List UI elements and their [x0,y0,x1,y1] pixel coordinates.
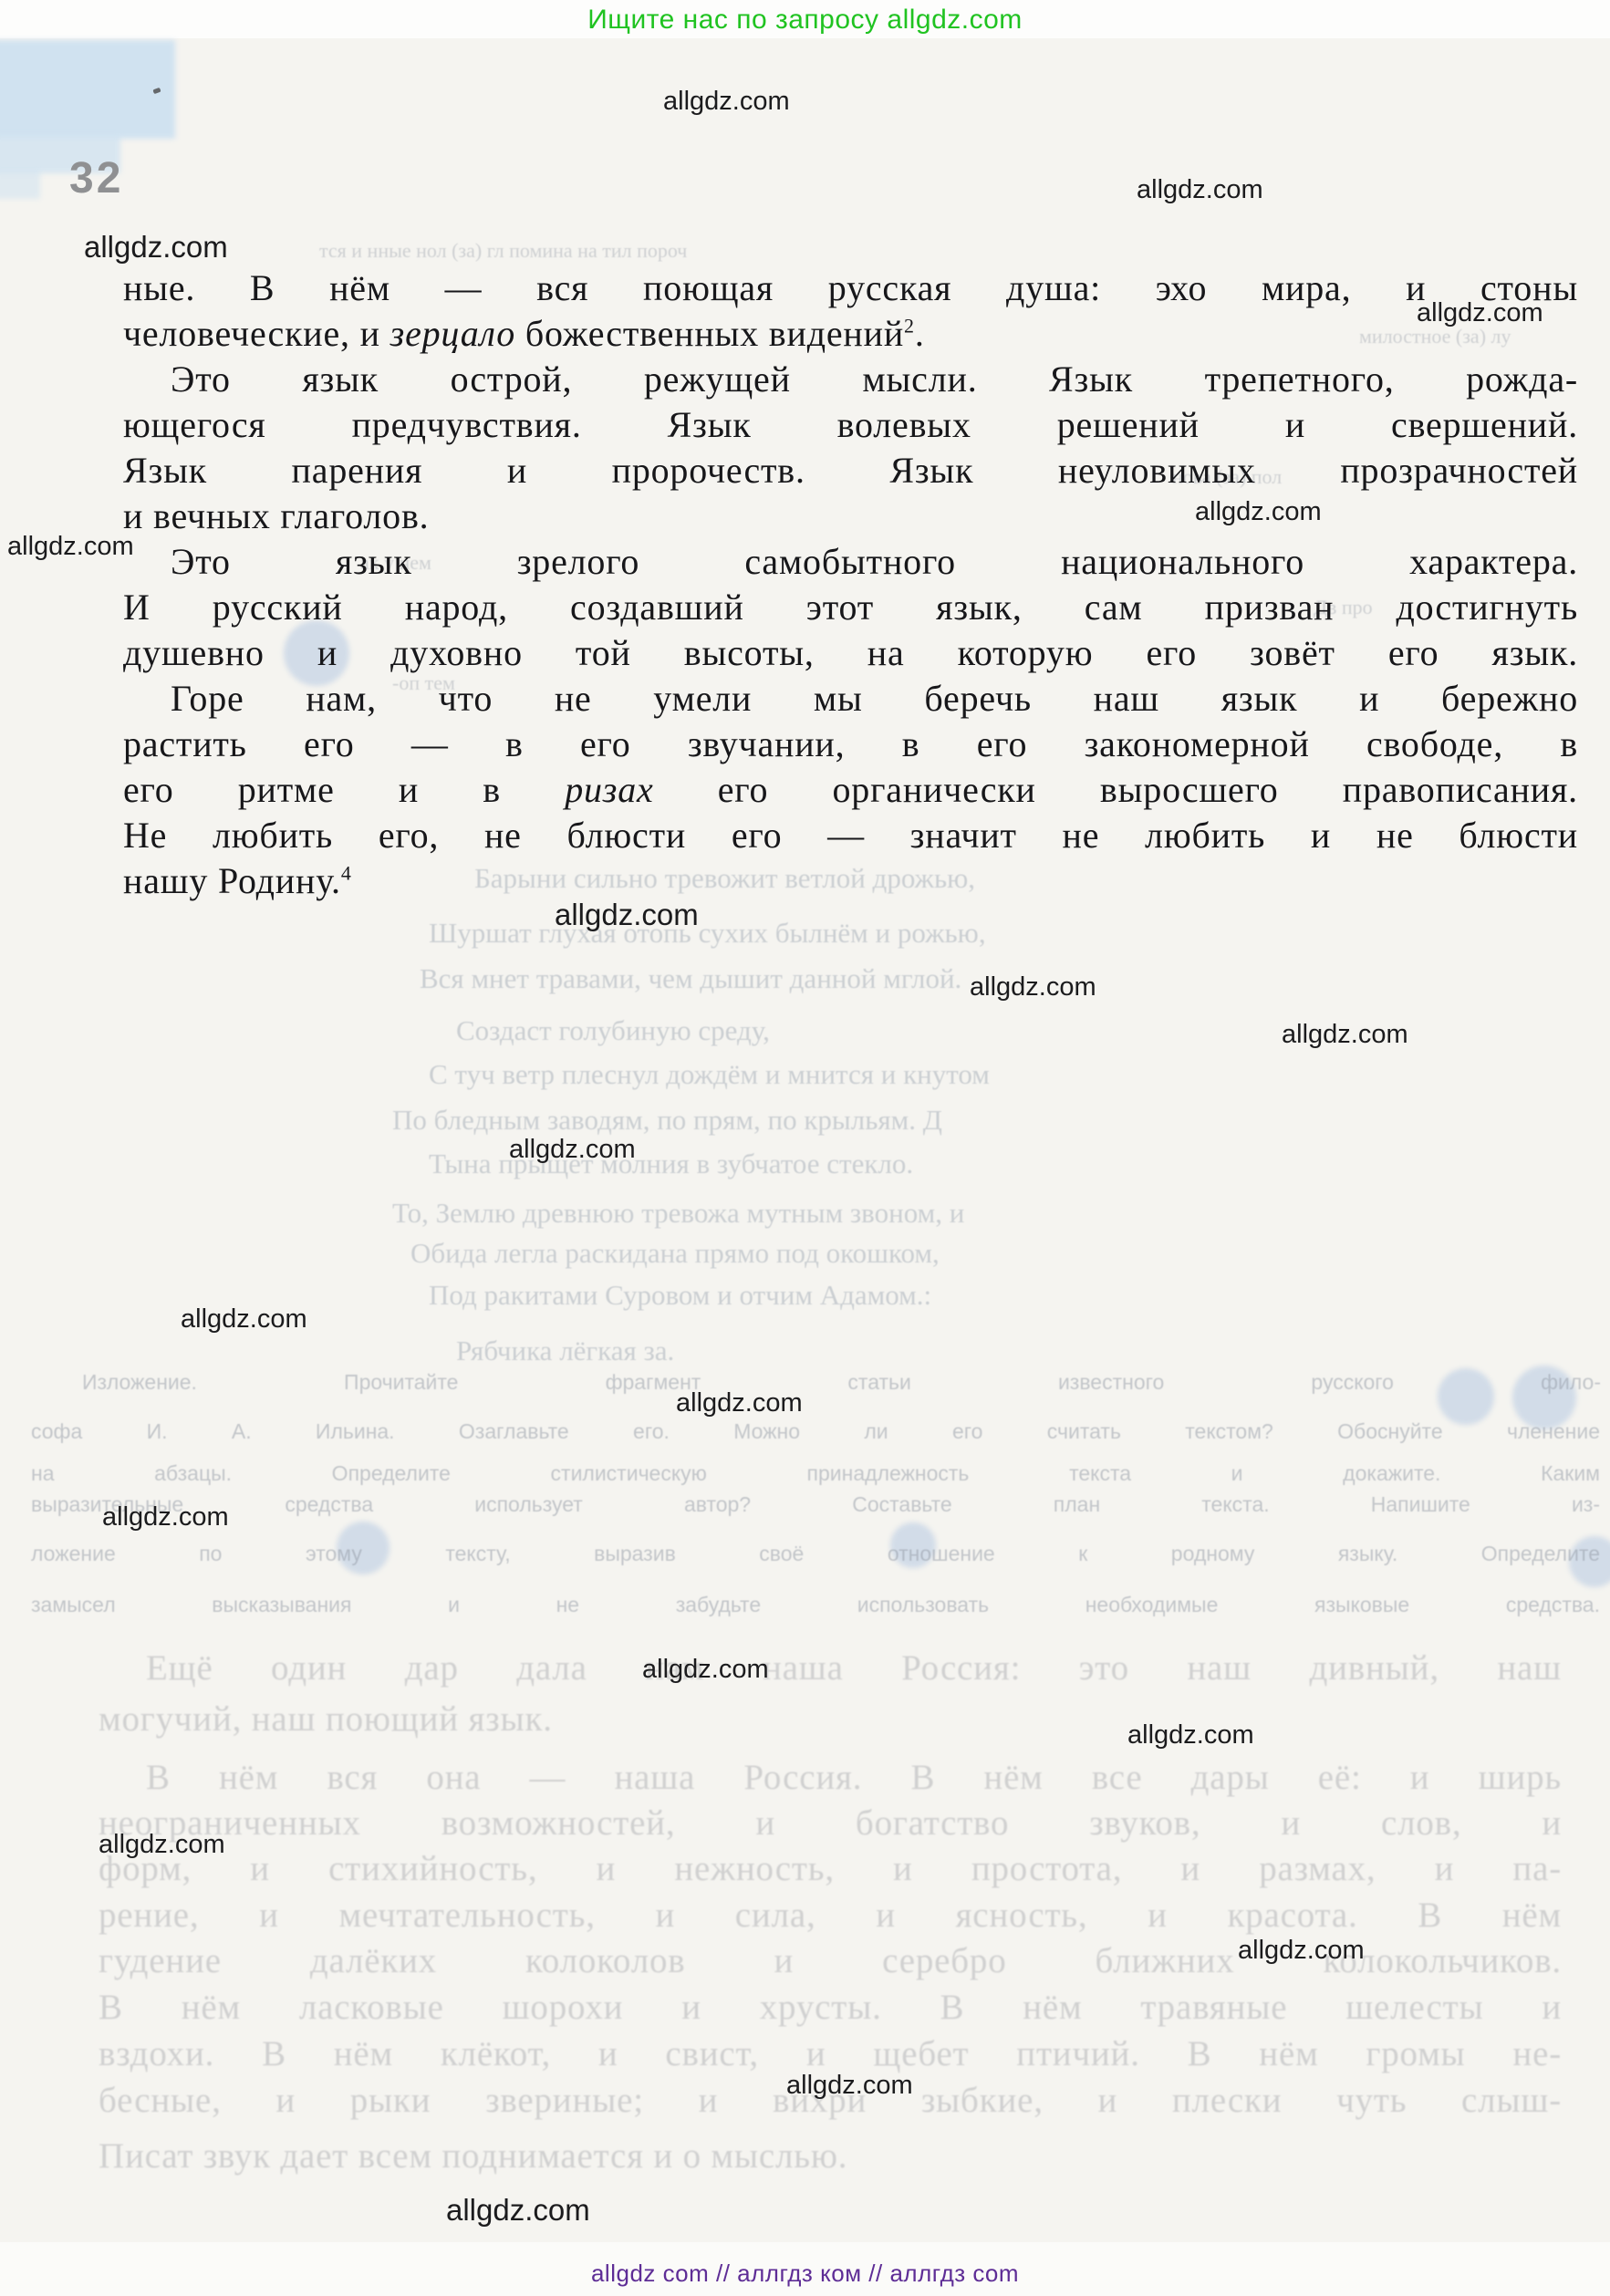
text-line: И русский народ, создавший этот язык, са… [123,585,1578,630]
watermark: allgdz.com [509,1135,636,1165]
faded-poem-line: Тына прыщет молния в зубчатое стекло. [429,1148,913,1180]
text-line: ющегося предчувствия. Язык волевых решен… [123,402,1578,448]
faded-passage-line: форм, и стихийность, и нежность, и прост… [99,1848,1562,1889]
faded-instruction-line: ложение по этому тексту, выразив своё от… [31,1542,1600,1566]
faded-poem-line: Вся мнет травами, чем дышит данной мглой… [420,962,961,995]
watermark: allgdz.com [663,87,790,117]
faded-instruction-line: выразительные средства использует автор?… [31,1492,1600,1517]
faded-instruction-line: софа И. А. Ильина. Озаглавьте его. Можно… [31,1419,1600,1444]
site-promo-line: Ищите нас по запросу allgdz.com [0,5,1610,36]
main-passage: ные. В нём — вся поющая русская душа: эх… [123,265,1578,904]
page-number: 32 [69,153,123,203]
faded-poem-line: Рябчика лёгкая за. [456,1335,674,1367]
watermark: allgdz.com [1195,497,1322,527]
text-line: Не любить его, не блюсти его — значит не… [123,813,1578,858]
text-line: растить его — в его звучании, в его зако… [123,722,1578,767]
watermark: allgdz.com [1238,1936,1365,1966]
watermark: allgdz.com [970,972,1096,1003]
text-line: ные. В нём — вся поющая русская душа: эх… [123,265,1578,311]
corner-blue-artifact [0,40,175,139]
text-line: Язык парения и пророчеств. Язык неуловим… [123,448,1578,493]
watermark: allgdz.com [1137,175,1263,205]
text-line: Это язык зрелого самобытного национально… [123,539,1578,585]
watermark: allgdz.com [84,230,228,265]
watermark: allgdz.com [102,1502,229,1532]
text-line: Это язык острой, режущей мысли. Язык тре… [123,357,1578,402]
faded-passage-line: могучий, наш поющий язык. [99,1699,1562,1740]
watermark: allgdz.com [642,1655,769,1685]
faded-instruction-line: Изложение. Прочитайте фрагмент статьи из… [82,1370,1601,1395]
faded-passage-line: вздохи. В нём клёкот, и свист, и щебет п… [99,2033,1562,2074]
text-line: Горе нам, что не умели мы беречь наш язы… [123,676,1578,722]
faded-poem-line: Создаст голубиную среду, [456,1014,770,1047]
faded-poem-line: Барыни сильно тревожит ветлой дрожью, [474,862,975,895]
watermark: allgdz.com [7,532,134,562]
faded-passage-line: В нём вся она — наша Россия. В нём все д… [99,1757,1562,1798]
faded-instruction-line: на абзацы. Определите стилистическую при… [31,1461,1600,1486]
faded-instruction-line: замысел высказывания и не забудьте испол… [31,1593,1600,1617]
corner-blue-artifact [0,170,40,199]
text-line: его ритме и в ризах его органически выро… [123,767,1578,813]
watermark: allgdz.com [99,1830,225,1860]
faded-poem-line: С туч ветр плеснул дождём и мнится и кну… [429,1058,990,1091]
faded-poem-line: Обида легла раскидана прямо под окошком, [410,1237,940,1270]
faded-passage-line: рение, и мечтательность, и сила, и яснос… [99,1895,1562,1936]
watermark: allgdz.com [1282,1020,1408,1050]
faded-poem-line: По бледным заводям, по прям, по крыльям.… [392,1104,942,1137]
watermark: allgdz.com [676,1388,803,1418]
text-line: человеческие, и зерцало божественных вид… [123,311,1578,357]
ghost-fragment: тся и нные нол (за) гл помина на тил пор… [319,239,687,263]
text-line: и вечных глаголов. [123,493,1578,539]
watermark: allgdz.com [1127,1720,1254,1751]
scanned-textbook-page: Ищите нас по запросу allgdz.com 32 тся и… [0,0,1610,2296]
faded-poem-line: То, Землю древнюю тревожа мутным звоном,… [392,1197,964,1230]
faded-poem-line: Шуршат глухая отопь сухих былнём и рожью… [429,917,986,950]
text-line: душевно и духовно той высоты, на которую… [123,630,1578,676]
faded-passage-line: Ещё один дар дала нам наша Россия: это н… [99,1647,1562,1688]
watermark: allgdz.com [555,898,699,932]
faded-passage-line: Писат звук дает всем поднимается и о мыс… [99,2135,1047,2177]
site-mirror-line: allgdz com // аллгдз ком // аллгдз com [0,2260,1610,2288]
faded-poem-line: Под ракитами Суровом и отчим Адамом.: [429,1279,931,1312]
watermark: allgdz.com [786,2071,913,2101]
watermark: allgdz.com [181,1304,307,1335]
faded-passage-line: В нём ласковые шорохи и хрусты. В нём тр… [99,1987,1562,2028]
watermark: allgdz.com [446,2193,590,2228]
watermark: allgdz.com [1417,298,1543,328]
faded-passage-line: неограниченных возможностей, и богатство… [99,1803,1562,1844]
